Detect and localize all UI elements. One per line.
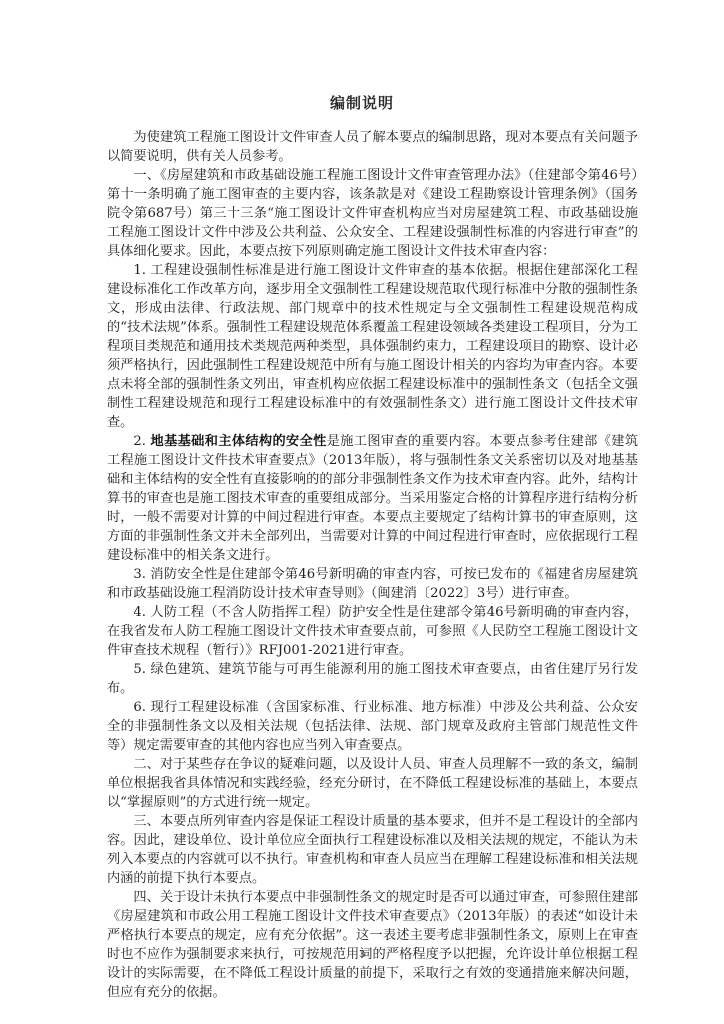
document-page: 编制说明 为使建筑工程施工图设计文件审查人员了解本要点的编制思路，现对本要点有关… bbox=[0, 0, 724, 1024]
paragraph-section-3: 三、本要点所列审查内容是保证工程设计质量的基本要求，但并不是工程设计的全部内容。… bbox=[107, 812, 638, 888]
paragraph-item-1: 1. 工程建设强制性标准是进行施工图设计文件审查的基本依据。根据住建部深化工程建… bbox=[107, 261, 638, 432]
paragraph-item-5: 5. 绿色建筑、建筑节能与可再生能源利用的施工图技术审查要点，由省住建厅另行发布… bbox=[107, 660, 638, 698]
item-2-text: 是施工图审查的重要内容。本要点参考住建部《建筑工程施工图设计文件技术审查要点》（… bbox=[107, 434, 638, 563]
paragraph-item-4: 4. 人防工程（不含人防指挥工程）防护安全性是住建部令第46号新明确的审查内容，… bbox=[107, 603, 638, 660]
paragraph-item-3: 3. 消防安全性是住建部令第46号新明确的审查内容，可按已发布的《福建省房屋建筑… bbox=[107, 565, 638, 603]
document-body: 为使建筑工程施工图设计文件审查人员了解本要点的编制思路，现对本要点有关问题予以简… bbox=[107, 128, 638, 1002]
paragraph-intro: 为使建筑工程施工图设计文件审查人员了解本要点的编制思路，现对本要点有关问题予以简… bbox=[107, 128, 638, 166]
item-2-highlight: 地基基础和主体结构的安全性 bbox=[151, 434, 327, 449]
paragraph-item-2: 2. 地基基础和主体结构的安全性是施工图审查的重要内容。本要点参考住建部《建筑工… bbox=[107, 432, 638, 565]
item-2-prefix: 2. bbox=[133, 434, 150, 449]
paragraph-section-2: 二、对于某些存在争议的疑难问题，以及设计人员、审查人员理解不一致的条文，编制单位… bbox=[107, 755, 638, 812]
paragraph-section-4: 四、关于设计未执行本要点中非强制性条文的规定时是否可以通过审查，可参照住建部《房… bbox=[107, 888, 638, 1002]
paragraph-item-6: 6. 现行工程建设标准（含国家标准、行业标准、地方标准）中涉及公共利益、公众安全… bbox=[107, 698, 638, 755]
paragraph-section-1: 一、《房屋建筑和市政基础设施工程施工图设计文件审查管理办法》（住建部令第46号）… bbox=[107, 166, 638, 261]
page-title: 编制说明 bbox=[0, 92, 724, 113]
page-number: 3 bbox=[0, 948, 724, 960]
